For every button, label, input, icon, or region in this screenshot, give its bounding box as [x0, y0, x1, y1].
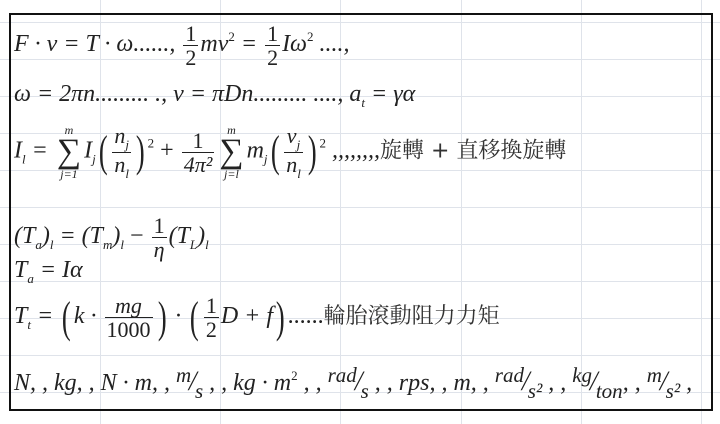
equation-box-border: [9, 13, 713, 411]
units-list: N, , kg, , N · m, , m/s , , kg · m2 , , …: [14, 368, 692, 396]
equation-acceleration-torque: (Ta)l = (Tm)l − 1η(TL)l: [14, 214, 209, 261]
equation-angular-velocity: ω = 2πn......... ., v = πDn......... ...…: [14, 82, 415, 109]
equation-rolling-resistance-torque: Tt = (k · mg1000) · (12D + f)......輪胎滾動阻…: [14, 294, 500, 341]
equation-torque-inertia: Ta = Iα: [14, 258, 83, 285]
summation-symbol: m∑j=1: [57, 124, 81, 180]
fraction-half: 12: [183, 22, 198, 69]
fraction-half: 12: [265, 22, 280, 69]
unit-rad-per-s: rad/s: [328, 368, 369, 396]
equation-power-energy: F · v = T · ω......, 12mv2 = 12Iω2 ....,: [14, 22, 350, 69]
note-tire-rolling-resistance: 輪胎滾動阻力力矩: [324, 304, 500, 329]
note-rotation-translation: 旋轉 + 直移換旋轉: [380, 139, 566, 164]
unit-kg-per-ton: kg/ton: [572, 368, 622, 396]
unit-m-per-s: m/s: [176, 368, 203, 396]
summation-symbol: m∑j=l: [219, 124, 243, 180]
unit-rad-per-s2: rad/s²: [495, 368, 542, 396]
equation-equivalent-inertia: Il = m∑j=1Ij(njnl)2 + 14π²m∑j=lmj(vjnl)2…: [14, 124, 566, 180]
unit-m-per-s2: m/s²: [647, 368, 680, 396]
